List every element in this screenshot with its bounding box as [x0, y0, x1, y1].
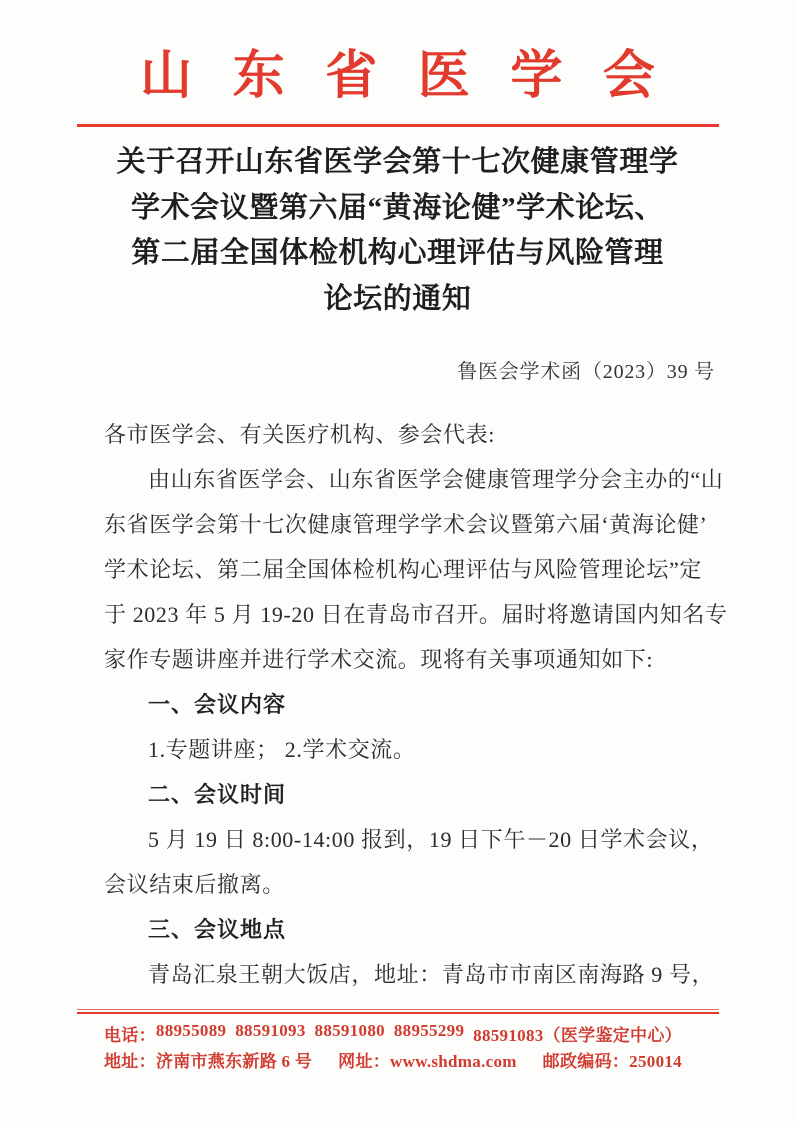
section-heading-time: 二、会议时间 — [104, 772, 716, 817]
body-line: 1.专题讲座； 2.学术交流。 — [104, 727, 716, 772]
notice-body: 各市医学会、有关医疗机构、参会代表: 由山东省医学会、山东省医学会健康管理学分会… — [104, 412, 716, 997]
body-line: 东省医学会第十七次健康管理学学术会议暨第六届‘黄海论健’ — [104, 502, 716, 547]
header-divider — [77, 124, 719, 127]
org-title: 山东省医学会 — [0, 46, 795, 108]
notice-title-line: 论坛的通知 — [60, 277, 735, 323]
section-heading-location: 三、会议地点 — [104, 907, 716, 952]
section-heading-content: 一、会议内容 — [104, 682, 716, 727]
salutation: 各市医学会、有关医疗机构、参会代表: — [104, 412, 716, 457]
phone-number: 88955299 — [394, 1021, 464, 1046]
website: 网址：www.shdma.com — [338, 1047, 517, 1072]
footer-info-row: 地址：济南市燕东新路 6 号 网址：www.shdma.com 邮政编码：250… — [104, 1047, 682, 1072]
postal-code: 邮政编码：250014 — [543, 1047, 682, 1072]
body-line: 家作专题讲座并进行学术交流。现将有关事项通知如下: — [104, 637, 716, 682]
doc-number: 鲁医会学术函（2023）39 号 — [457, 355, 715, 384]
body-line: 由山东省医学会、山东省医学会健康管理学分会主办的“山 — [104, 457, 716, 502]
body-line: 5 月 19 日 8:00-14:00 报到，19 日下午－20 日学术会议， — [104, 817, 716, 862]
body-line: 会议结束后撤离。 — [104, 862, 716, 907]
body-line: 青岛汇泉王朝大饭店，地址：青岛市市南区南海路 9 号， — [104, 952, 716, 997]
body-line: 学术论坛、第二届全国体检机构心理评估与风险管理论坛”定 — [104, 547, 716, 592]
phone-label: 电话： — [104, 1021, 156, 1046]
footer-divider-thin — [77, 1009, 719, 1010]
phone-group: 电话： 88955089 — [104, 1021, 226, 1046]
phone-number: 88591093 — [235, 1021, 305, 1046]
address: 地址：济南市燕东新路 6 号 — [104, 1047, 312, 1072]
phone-number: 88955089 — [156, 1021, 226, 1046]
body-line: 于 2023 年 5 月 19-20 日在青岛市召开。届时将邀请国内知名专 — [104, 592, 716, 637]
notice-title-line: 第二届全国体检机构心理评估与风险管理 — [60, 231, 735, 277]
footer-divider-thick — [77, 1012, 719, 1014]
notice-title: 关于召开山东省医学会第十七次健康管理学 学术会议暨第六届“黄海论健”学术论坛、 … — [60, 140, 735, 322]
phone-number: 88591080 — [315, 1021, 385, 1046]
notice-title-line: 关于召开山东省医学会第十七次健康管理学 — [60, 140, 735, 186]
notice-title-line: 学术会议暨第六届“黄海论健”学术论坛、 — [60, 186, 735, 232]
phone-number-note: 88591083（医学鉴定中心） — [473, 1021, 682, 1046]
notice-document-page: 山东省医学会 关于召开山东省医学会第十七次健康管理学 学术会议暨第六届“黄海论健… — [0, 0, 795, 1123]
footer-phone-row: 电话： 88955089 88591093 88591080 88955299 … — [104, 1021, 682, 1046]
